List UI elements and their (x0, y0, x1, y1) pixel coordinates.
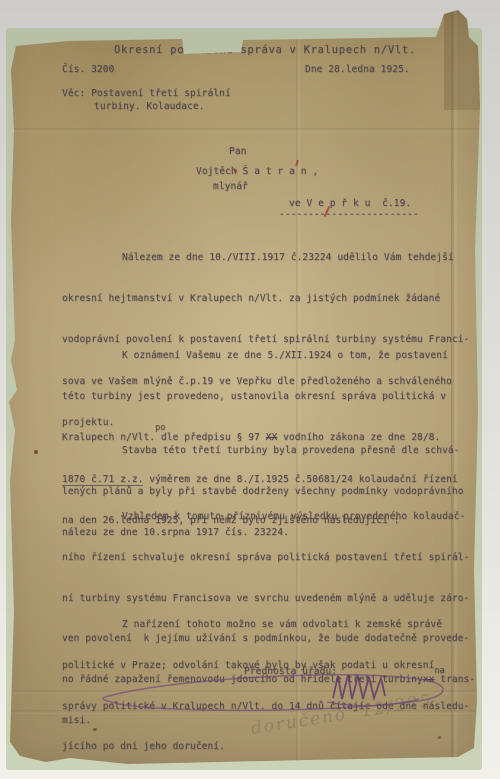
paragraph-line: Z nařízení tohoto možno se vám odvolati … (62, 616, 469, 635)
addressee-place: ve V e p ř k u č.19. (289, 198, 411, 209)
photo-of-document: { "colors":{ "backdrop":"#d8d6d2", "pape… (0, 0, 500, 779)
office-title: Okresní politická správa v Kralupech n/V… (114, 44, 416, 56)
horizontal-crease-upper (8, 128, 482, 132)
dirt-speck (93, 728, 97, 731)
document-date: Dne 28.ledna 1925. (305, 64, 410, 75)
paragraph-line: této turbiny jest provedeno, ustanovila … (62, 387, 458, 406)
paragraph-line: Stavba této třetí turbiny byla provedena… (62, 441, 464, 460)
subject-line-2: turbiny. Kolaudace. (94, 101, 205, 112)
document-page: Okresní politická správa v Kralupech n/V… (8, 10, 482, 766)
reference-number: Čís. 3200 (62, 64, 114, 75)
paragraph-line: okresní hejtmanství v Kralupech n/Vlt. z… (62, 289, 469, 308)
dashed-underline: ------------------------ (279, 209, 419, 220)
subject-line-1: Věc: Postavení třetí spirální (62, 88, 231, 99)
ink-speck (34, 450, 38, 454)
paragraph-line: Nálezem ze dne 10./VIII.1917 č.23224 udě… (62, 248, 469, 267)
paragraph-line: ního řízení schvaluje okresní správa pol… (62, 549, 475, 568)
paragraph-line: jícího po dni jeho doručení. (62, 738, 469, 757)
folded-corner-top-right (444, 10, 482, 110)
dirt-speck (438, 736, 441, 739)
paragraph-line: K oznámení Vašemu ze dne 5./XII.1924 o t… (62, 346, 458, 365)
addressee-name: Vojtěch Š a t r a n , (196, 166, 318, 177)
addressee-occupation: mlynář (213, 181, 248, 192)
salutation: Pan (229, 146, 246, 157)
paragraph-line: Vzhledem k tomuto příznivému výsledku pr… (62, 508, 475, 527)
red-ink-dot (234, 169, 237, 173)
